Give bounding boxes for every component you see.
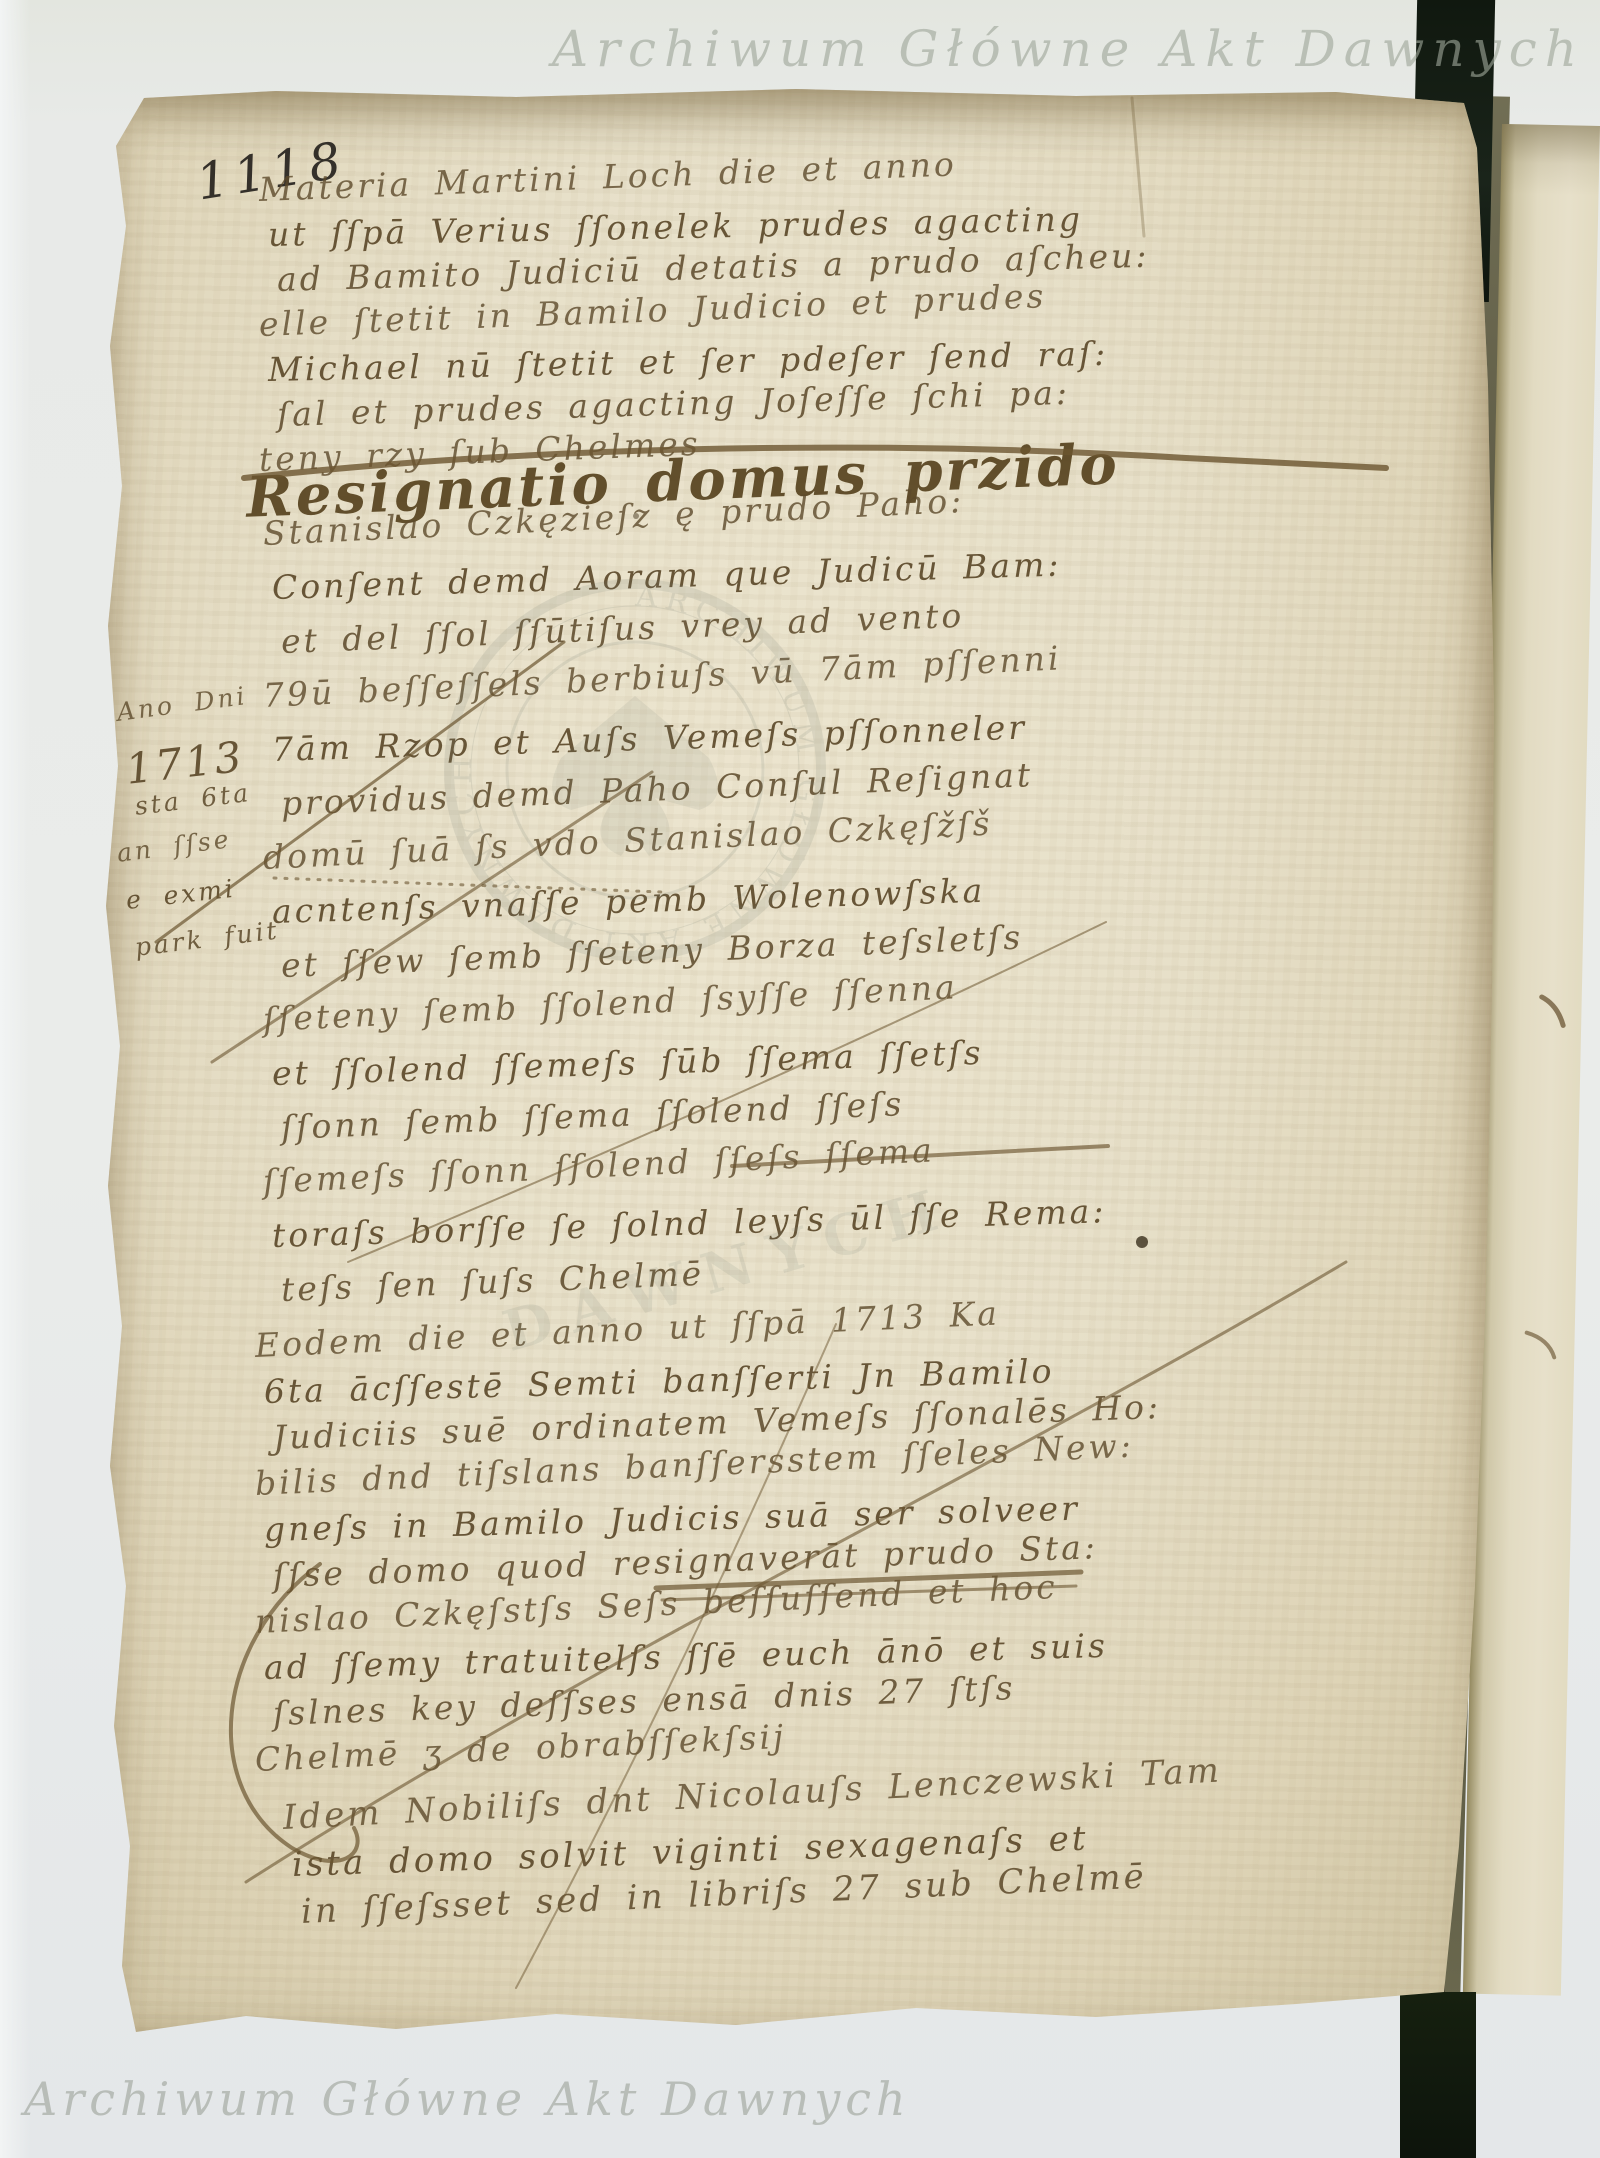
manuscript-line: acntenſs vnaſſe pemb Wolenowſska bbox=[271, 871, 985, 931]
scan-background-edge bbox=[0, 0, 30, 2158]
manuscript-line: an ſſse bbox=[115, 824, 233, 868]
manuscript-page: ARCHIWUM GŁÓWNE AKT DAWNYCH DAWNYCH bbox=[96, 86, 1498, 2044]
manuscript-line: et ſſolend ſſemeſs ſūb ſſema ſſetſs bbox=[271, 1033, 984, 1093]
archive-watermark-bottom: Archiwum Główne Akt Dawnych bbox=[24, 2072, 911, 2126]
manuscript-line: Ano Dni bbox=[115, 681, 249, 727]
scanned-manuscript: ARCHIWUM GŁÓWNE AKT DAWNYCH DAWNYCH bbox=[0, 0, 1600, 2158]
manuscript-line: Materia Martini Loch die et anno bbox=[258, 144, 957, 209]
manuscript-line: park fuit bbox=[133, 915, 281, 961]
manuscript-line: e exmi bbox=[124, 874, 237, 915]
archive-watermark-top: Archiwum Główne Akt Dawnych bbox=[552, 20, 1585, 78]
binding-ribbon-bottom bbox=[1400, 1992, 1476, 2158]
